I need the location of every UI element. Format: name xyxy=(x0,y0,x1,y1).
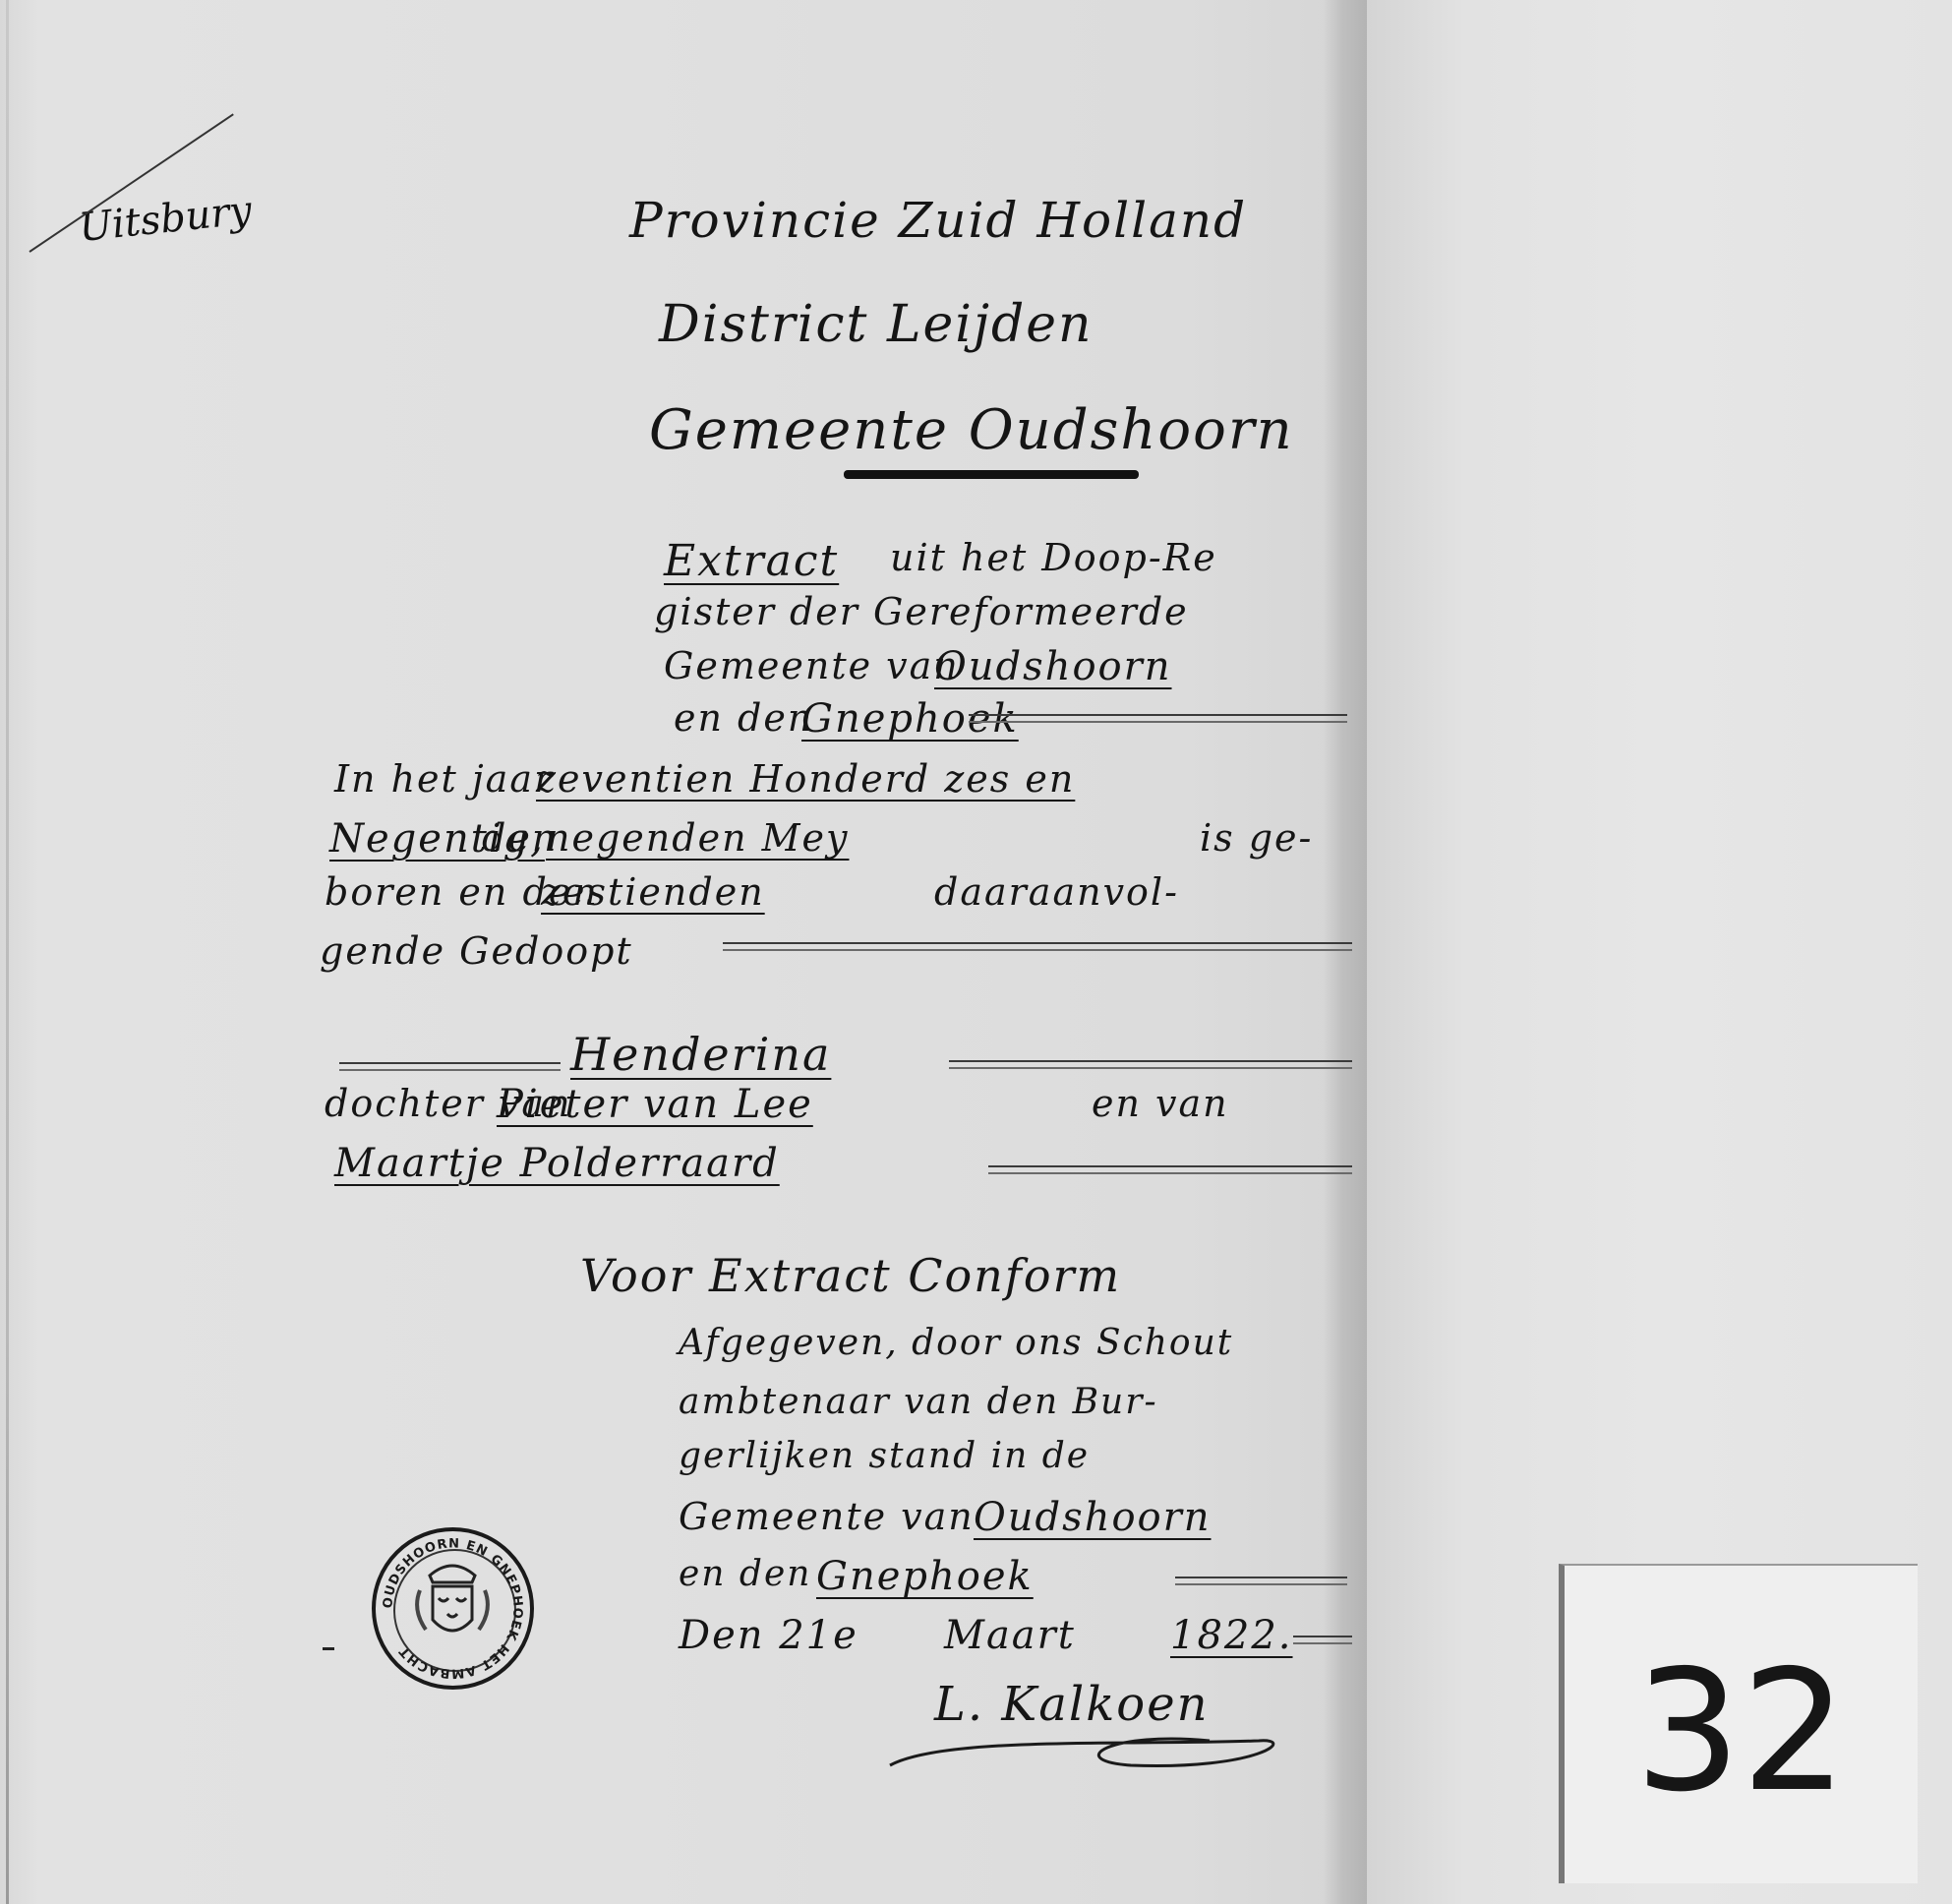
header-divider xyxy=(844,470,1139,479)
header-district: District Leijden xyxy=(659,295,1094,354)
certification-rule xyxy=(1175,1577,1347,1585)
mother-rule xyxy=(988,1165,1352,1174)
name-rule-left xyxy=(339,1062,561,1071)
certification-date-month: Maart xyxy=(944,1613,1076,1658)
intro-oudshoorn: Oudshoorn xyxy=(934,644,1172,689)
header-municipality: Gemeente Oudshoorn xyxy=(649,398,1294,462)
archive-label-card: 32 xyxy=(1559,1564,1918,1883)
extract-title: Extract xyxy=(664,536,839,586)
record-birth-date: negenden Mey xyxy=(546,816,849,860)
date-rule xyxy=(1293,1636,1352,1644)
intro-line2: gister der Gereformeerde xyxy=(654,590,1189,633)
child-name: Henderina xyxy=(570,1028,831,1081)
ink-mark xyxy=(323,1647,334,1650)
record-baptism-day: zestienden xyxy=(541,870,765,914)
record-year: zeventien Honderd zes en xyxy=(536,757,1075,801)
page-left-edge xyxy=(6,0,9,1904)
certification-line4: gerlijken stand in de xyxy=(679,1436,1090,1476)
certification-date-year: 1822. xyxy=(1170,1613,1293,1658)
intro-line4-rule xyxy=(969,714,1347,723)
name-rule-right xyxy=(949,1060,1352,1069)
intro-line4: en den xyxy=(674,696,813,740)
parents-line-end: en van xyxy=(1092,1082,1229,1125)
certification-title: Voor Extract Conform xyxy=(580,1249,1121,1302)
certification-line6: en den xyxy=(679,1554,811,1594)
intro-line1: uit het Doop-Re xyxy=(890,536,1217,579)
certification-date-day: Den 21e xyxy=(679,1613,858,1658)
record-line3-end: daaraanvol- xyxy=(934,870,1179,914)
certification-line2: Afgegeven, door ons Schout xyxy=(679,1323,1233,1363)
father-name: Pieter van Lee xyxy=(497,1082,813,1127)
certification-oudshoorn: Oudshoorn xyxy=(974,1495,1212,1540)
record-line4: gende Gedoopt xyxy=(320,929,633,973)
archive-number: 32 xyxy=(1565,1635,1918,1829)
record-line4-rule xyxy=(723,942,1352,951)
signature-flourish xyxy=(885,1726,1298,1785)
municipal-seal: OUDSHOORN EN GNEPHOEK HET AMBACHT xyxy=(372,1527,534,1690)
intro-line3: Gemeente van xyxy=(664,644,960,687)
record-line1: In het jaar xyxy=(334,757,554,801)
record-line2-end: is ge- xyxy=(1200,816,1313,860)
svg-text:OUDSHOORN EN GNEPHOEK HET AMBA: OUDSHOORN EN GNEPHOEK HET AMBACHT xyxy=(381,1536,524,1680)
certification-line5: Gemeente van xyxy=(679,1495,975,1538)
mother-name: Maartje Polderraard xyxy=(334,1141,780,1186)
seal-coat-of-arms-icon: OUDSHOORN EN GNEPHOEK HET AMBACHT xyxy=(376,1531,530,1686)
header-province: Provincie Zuid Holland xyxy=(629,192,1247,249)
certification-line3: ambtenaar van den Bur- xyxy=(679,1382,1158,1422)
certification-gnephoek: Gnephoek xyxy=(816,1554,1034,1599)
signature: L. Kalkoen xyxy=(934,1677,1210,1732)
